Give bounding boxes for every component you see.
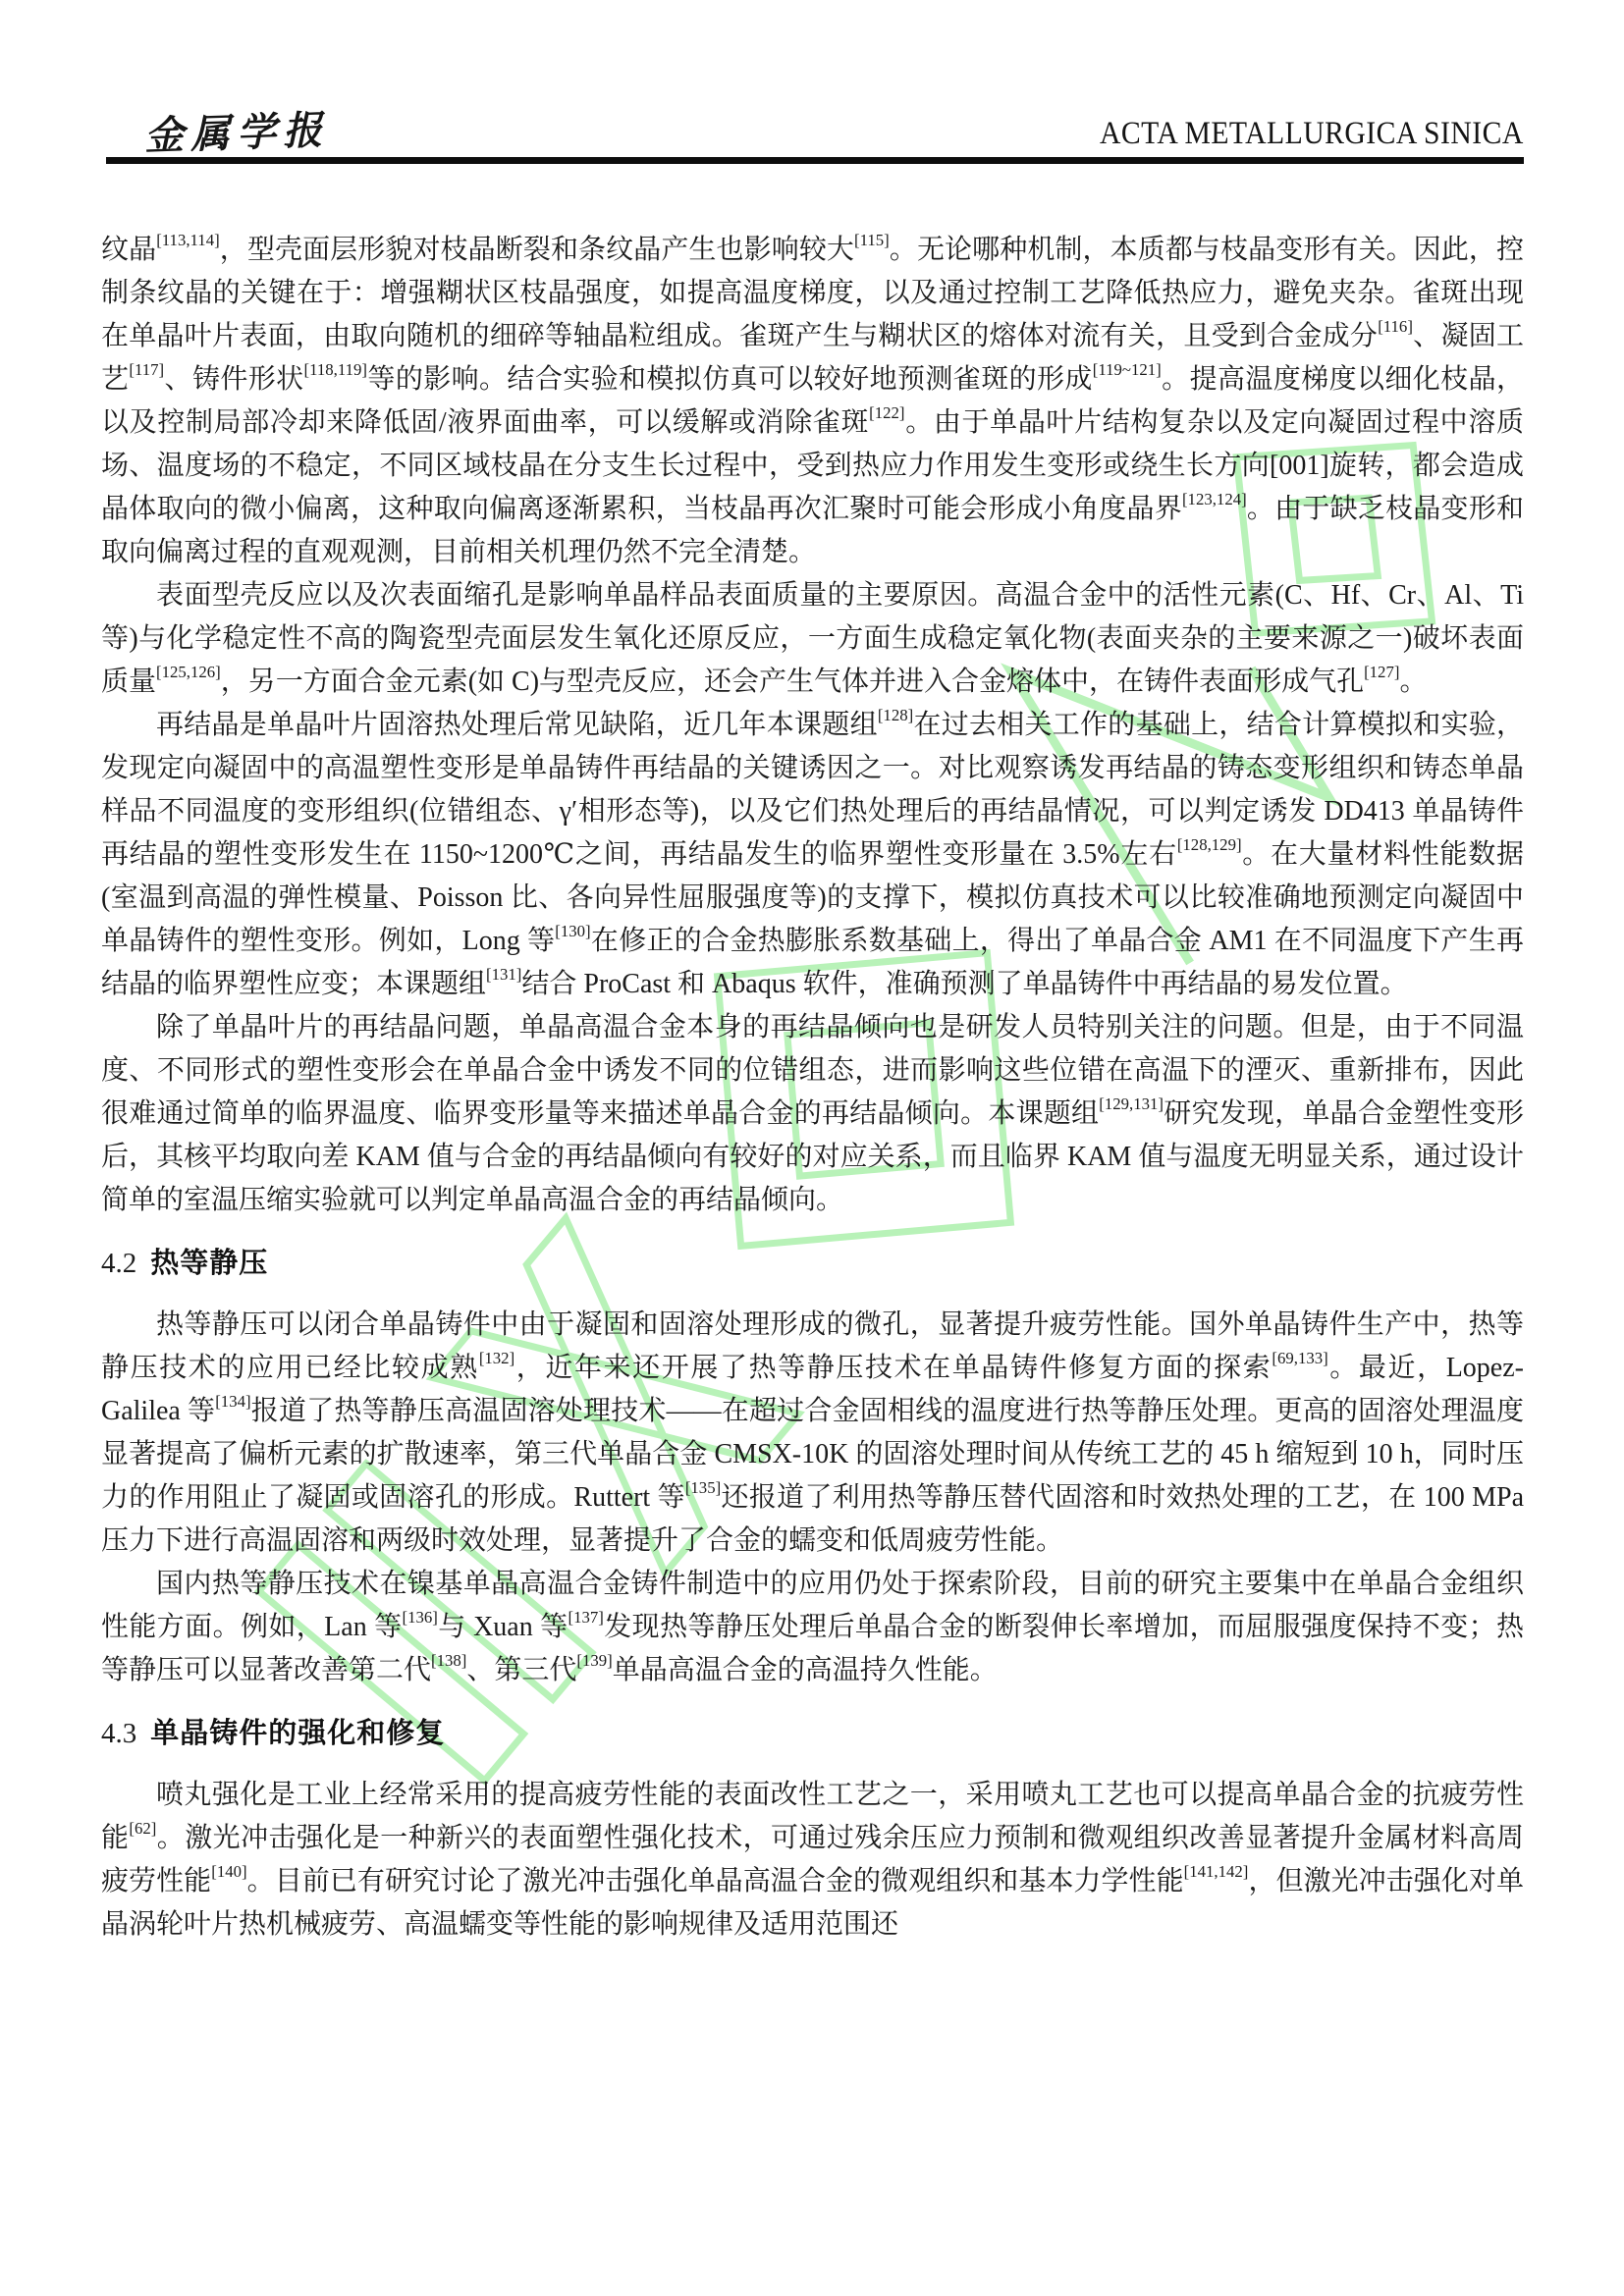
paragraph: 表面型壳反应以及次表面缩孔是影响单晶样品表面质量的主要原因。高温合金中的活性元素… <box>101 574 1524 704</box>
citation: [69,133] <box>1272 1349 1327 1367</box>
paragraph: 纹晶[113,114]，型壳面层形貌对枝晶断裂和条纹晶产生也影响较大[115]。… <box>101 229 1524 574</box>
citation: [129,131] <box>1099 1095 1164 1113</box>
citation: [138] <box>431 1651 466 1670</box>
citation: [131] <box>486 965 521 984</box>
paragraph: 再结晶是单晶叶片固溶热处理后常见缺陷，近几年本课题组[128]在过去相关工作的基… <box>101 704 1524 1006</box>
journal-name: ACTA METALLURGICA SINICA <box>1100 116 1524 152</box>
paragraph: 除了单晶叶片的再结晶问题，单晶高温合金本身的再结晶倾向也是研发人员特别关注的问题… <box>101 1006 1524 1222</box>
citation: [130] <box>555 922 590 940</box>
citation: [134] <box>215 1392 250 1411</box>
citation: [128] <box>878 706 913 724</box>
section-heading: 4.2热等静压 <box>101 1244 1524 1284</box>
citation: [113,114] <box>156 231 219 249</box>
page-header: 金属学报 ACTA METALLURGICA SINICA <box>101 0 1524 167</box>
citation: [136] <box>403 1608 438 1627</box>
section-heading: 4.3单晶铸件的强化和修复 <box>101 1714 1524 1754</box>
citation: [132] <box>479 1349 514 1367</box>
citation: [139] <box>576 1651 612 1670</box>
paragraph: 喷丸强化是工业上经常采用的提高疲劳性能的表面改性工艺之一，采用喷丸工艺也可以提高… <box>101 1774 1524 1947</box>
citation: [118,119] <box>304 360 367 379</box>
citation: [127] <box>1364 663 1399 681</box>
citation: [123,124] <box>1182 490 1247 508</box>
journal-logo: 金属学报 <box>143 99 330 162</box>
paragraph: 国内热等静压技术在镍基单晶高温合金铸件制造中的应用仍处于探索阶段，目前的研究主要… <box>101 1563 1524 1692</box>
citation: [62] <box>129 1819 156 1838</box>
section-title: 热等静压 <box>150 1248 268 1279</box>
citation: [125,126] <box>156 663 221 681</box>
page: 金属学报 ACTA METALLURGICA SINICA 纹晶[113,114… <box>0 0 1624 2296</box>
citation: [135] <box>685 1478 721 1497</box>
header-rule <box>106 157 1524 164</box>
citation: [137] <box>568 1608 604 1627</box>
citation: [117] <box>129 360 164 379</box>
citation: [115] <box>854 231 890 249</box>
citation: [128,129] <box>1177 835 1242 854</box>
citation: [141,142] <box>1184 1862 1249 1881</box>
citation: [116] <box>1378 317 1413 336</box>
citation: [122] <box>869 403 904 422</box>
article-body: 纹晶[113,114]，型壳面层形貌对枝晶断裂和条纹晶产生也影响较大[115]。… <box>101 229 1524 1947</box>
citation: [119~121] <box>1093 360 1162 379</box>
section-number: 4.2 <box>101 1248 136 1279</box>
paragraph: 热等静压可以闭合单晶铸件中由于凝固和固溶处理形成的微孔，显著提升疲劳性能。国外单… <box>101 1304 1524 1563</box>
section-title: 单晶铸件的强化和修复 <box>150 1718 445 1749</box>
citation: [140] <box>211 1862 246 1881</box>
section-number: 4.3 <box>101 1718 136 1749</box>
